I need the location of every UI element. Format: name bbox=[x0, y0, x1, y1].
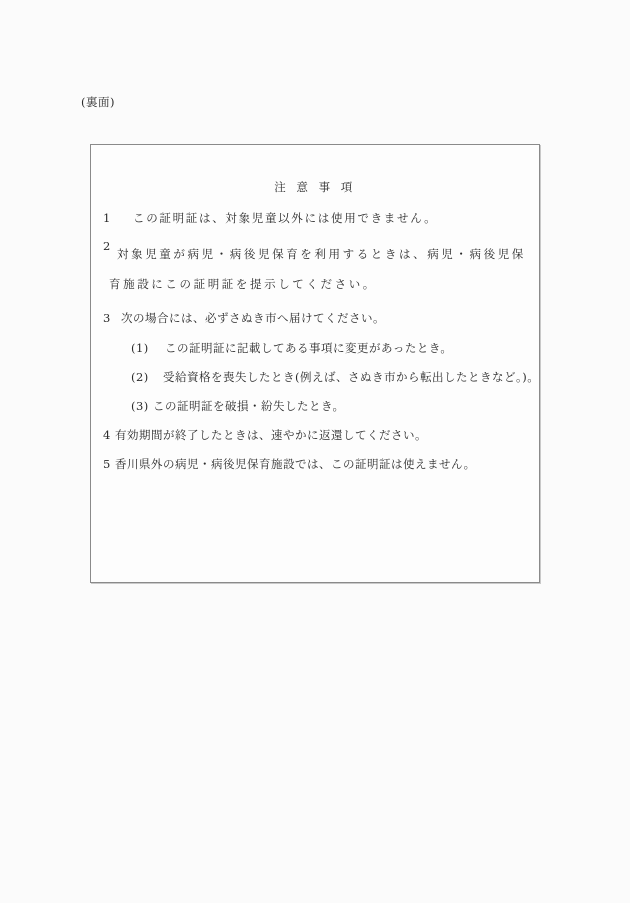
subitem-number: (1) bbox=[131, 341, 149, 356]
subitem-number: (2) bbox=[131, 370, 149, 385]
notice-box: 注 意 事 項 1 この証明証は、対象児童以外には使用できません。 2 対象児童… bbox=[90, 144, 540, 583]
item-text: 次の場合には、必ずさぬき市へ届けてください。 bbox=[121, 311, 385, 326]
subitem-number: (3) bbox=[131, 399, 149, 414]
notice-title: 注 意 事 項 bbox=[91, 179, 539, 195]
item-text: 対象児童が病児・病後児保育を利用するときは、病児・病後児保育施設にこの証明証を提… bbox=[109, 239, 530, 299]
document-page: { "page": { "side_label": "(裏面)" }, "not… bbox=[0, 0, 630, 903]
item-number: 1 bbox=[103, 211, 110, 226]
item-number: 3 bbox=[103, 311, 110, 326]
subitem-text: この証明証を破損・紛失したとき。 bbox=[153, 399, 345, 414]
item-number: 4 bbox=[103, 428, 110, 443]
item-text: この証明証は、対象児童以外には使用できません。 bbox=[133, 211, 437, 226]
page-side-label: (裏面) bbox=[81, 94, 115, 110]
item-text: 有効期間が終了したときは、速やかに返還してください。 bbox=[115, 428, 427, 443]
item-text: 香川県外の病児・病後児保育施設では、この証明証は使えません。 bbox=[115, 457, 476, 472]
item-number: 5 bbox=[103, 457, 110, 472]
subitem-text: 受給資格を喪失したとき(例えば、さぬき市から転出したときなど。)。 bbox=[163, 370, 539, 385]
subitem-text: この証明証に記載してある事項に変更があったとき。 bbox=[165, 341, 452, 356]
